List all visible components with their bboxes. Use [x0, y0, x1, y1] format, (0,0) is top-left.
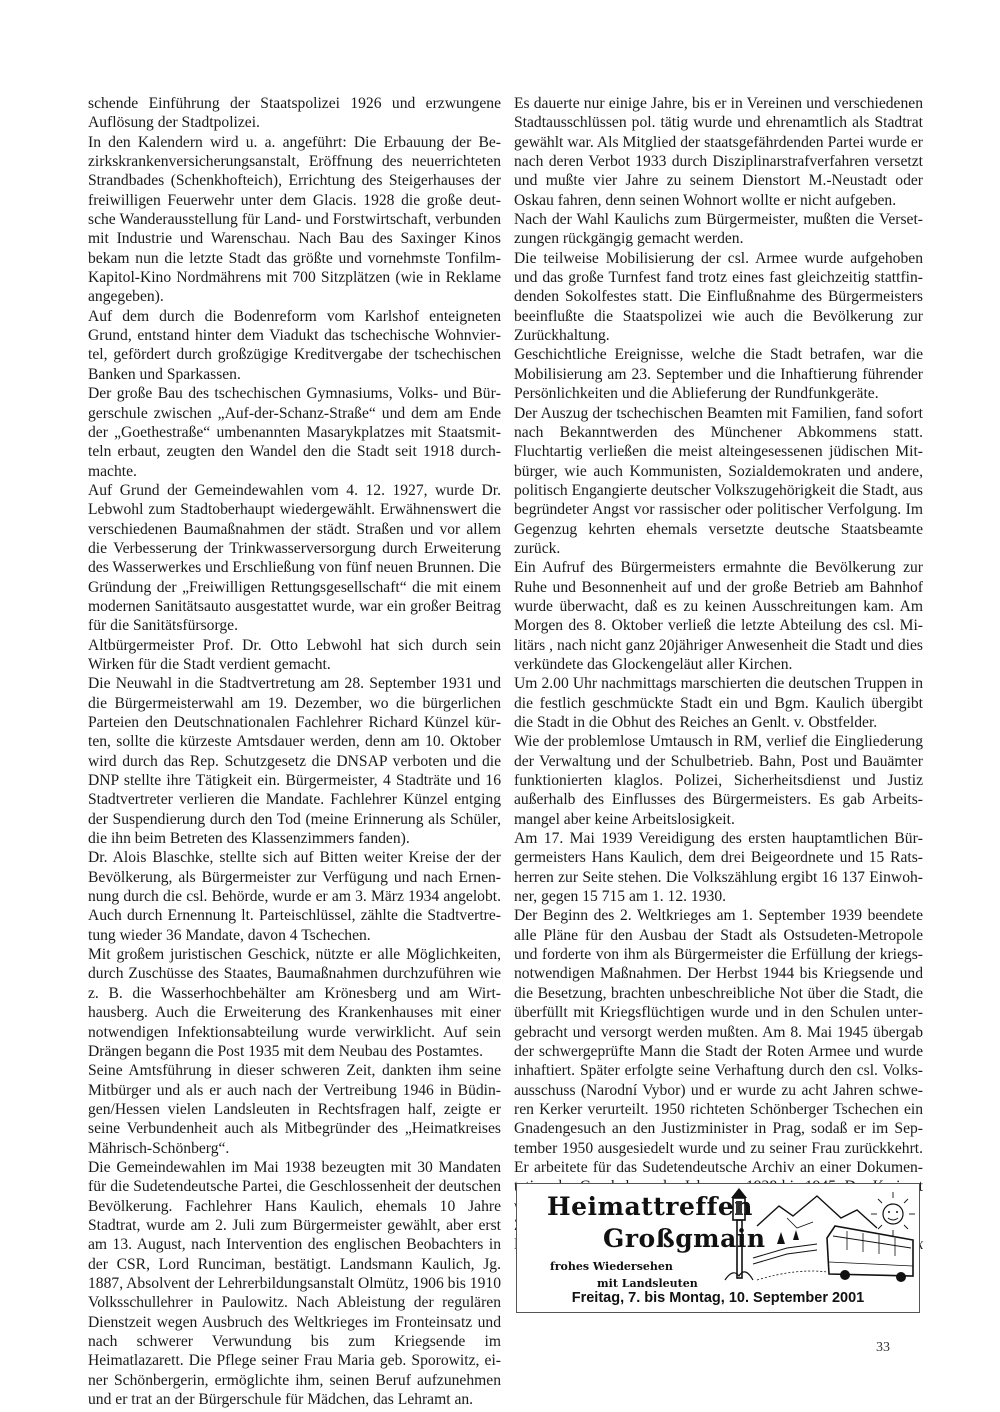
- event-advertisement: Heimattreffen Großgmain frohes Wiederseh…: [516, 1183, 920, 1313]
- paragraph: In den Kalendern wird u. a. angeführt: D…: [88, 133, 501, 307]
- ad-event-date: Freitag, 7. bis Montag, 10. September 20…: [517, 1290, 919, 1306]
- page-number: 33: [876, 1340, 890, 1356]
- paragraph: Auf dem durch die Bodenreform vom Karlsh…: [88, 307, 501, 384]
- ad-subtitle-line1: frohes Wiedersehen: [550, 1260, 673, 1273]
- shrine-bus-landscape-icon: [717, 1188, 917, 1288]
- paragraph: schende Einführung der Staatspolizei 192…: [88, 94, 501, 133]
- paragraph: Die teilweise Mobilisierung der csl. Arm…: [514, 249, 923, 346]
- paragraph: Die Gemeindewahlen im Mai 1938 bezeugten…: [88, 1158, 501, 1409]
- paragraph: Nach der Wahl Kaulichs zum Bürgermeister…: [514, 210, 923, 249]
- paragraph: Es dauerte nur einige Jahre, bis er in V…: [514, 94, 923, 210]
- paragraph: Der Beginn des 2. Weltkrieges am 1. Sept…: [514, 906, 923, 1216]
- paragraph: Der Auszug der tschechischen Beamten mit…: [514, 404, 923, 559]
- paragraph: Wie der problemlose Umtausch in RM, verl…: [514, 732, 923, 829]
- paragraph: Altbürgermeister Prof. Dr. Otto Lebwohl …: [88, 636, 501, 675]
- paragraph: Ein Aufruf des Bürgermeisters ermahnte d…: [514, 558, 923, 674]
- paragraph: Der große Bau des tschechischen Gymnasiu…: [88, 384, 501, 481]
- paragraph: Um 2.00 Uhr nachmittags marschierten die…: [514, 674, 923, 732]
- paragraph: Am 17. Mai 1939 Vereidigung des ersten h…: [514, 829, 923, 906]
- right-column: Es dauerte nur einige Jahre, bis er in V…: [514, 94, 923, 1255]
- paragraph: Auf Grund der Gemeindewahlen vom 4. 12. …: [88, 481, 501, 636]
- paragraph: Die Neuwahl in die Stadtvertretung am 28…: [88, 674, 501, 848]
- left-column: schende Einführung der Staatspolizei 192…: [88, 94, 501, 1409]
- paragraph: Seine Amtsführung in dieser schweren Zei…: [88, 1061, 501, 1158]
- ad-subtitle-line2: mit Landsleuten: [597, 1277, 698, 1290]
- paragraph: Geschichtliche Ereignisse, welche die St…: [514, 345, 923, 403]
- paragraph: Dr. Alois Blaschke, stellte sich auf Bit…: [88, 848, 501, 945]
- paragraph: Mit großem juristischen Geschick, nützte…: [88, 945, 501, 1061]
